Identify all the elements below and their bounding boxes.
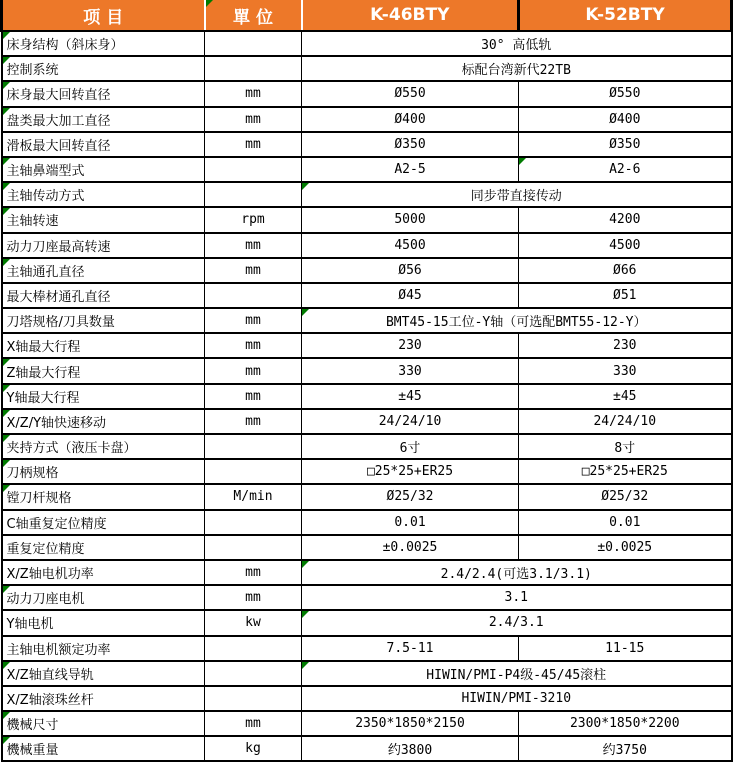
table-row: X/Z轴直线导轨HIWIN/PMI-P4级-45/45滚柱: [2, 661, 732, 686]
table-row: 盘类最大加工直径mmØ400Ø400: [2, 107, 732, 132]
spec-unit-cell[interactable]: mm: [205, 409, 302, 434]
table-row: X轴最大行程mm230230: [2, 333, 732, 358]
spec-unit-cell[interactable]: mm: [205, 233, 302, 258]
header-cell-model-k52bty[interactable]: K-52BTY: [519, 0, 732, 31]
spec-label-cell-text: Y轴最大行程: [7, 391, 80, 406]
spec-unit-cell[interactable]: [205, 459, 302, 484]
spec-unit-cell-text: mm: [245, 414, 261, 429]
spec-value-k46bty-cell[interactable]: ±45: [302, 384, 519, 409]
spec-label-cell[interactable]: 機械重量: [2, 736, 205, 761]
spec-label-cell-text: 盘类最大加工直径: [7, 114, 111, 129]
header-cell-model-k46bty[interactable]: K-46BTY: [302, 0, 519, 31]
spec-value-k52bty-cell-text: 230: [613, 338, 636, 353]
spec-unit-cell[interactable]: mm: [205, 81, 302, 106]
comment-flag-icon: [302, 662, 309, 669]
comment-flag-icon: [3, 737, 10, 744]
spec-unit-cell-text: kg: [245, 741, 261, 756]
spec-unit-cell[interactable]: [205, 686, 302, 711]
spec-value-k52bty-cell[interactable]: Ø51: [519, 283, 732, 308]
spec-merged-value-cell[interactable]: 标配台湾新代22TB: [302, 56, 732, 81]
spec-unit-cell-text: M/min: [233, 489, 272, 504]
spec-unit-cell[interactable]: [205, 31, 302, 56]
spec-label-cell-text: 刀柄规格: [7, 466, 59, 481]
spec-label-cell-text: 滑板最大回转直径: [7, 139, 111, 154]
spec-unit-cell-text: mm: [245, 338, 261, 353]
spec-value-k52bty-cell[interactable]: □25*25+ER25: [519, 459, 732, 484]
spec-label-cell-text: Y轴电机: [7, 617, 54, 632]
spec-label-cell[interactable]: X轴最大行程: [2, 333, 205, 358]
spec-value-k52bty-cell-text: 2300*1850*2200: [570, 716, 680, 731]
spec-value-k52bty-cell[interactable]: 约3750: [519, 736, 732, 761]
spec-value-k46bty-cell-text: 2350*1850*2150: [355, 716, 465, 731]
spec-merged-value-cell[interactable]: 2.4/2.4(可选3.1/3.1): [302, 560, 732, 585]
table-row: X/Z轴滚珠丝杆HIWIN/PMI-3210: [2, 686, 732, 711]
spec-label-cell[interactable]: 主轴转速: [2, 207, 205, 232]
table-row: 重复定位精度±0.0025±0.0025: [2, 535, 732, 560]
comment-flag-icon: [519, 158, 526, 165]
spec-unit-cell[interactable]: [205, 661, 302, 686]
table-row: 滑板最大回转直径mmØ350Ø350: [2, 132, 732, 157]
spec-value-k52bty-cell-text: 4200: [609, 212, 640, 227]
spec-unit-cell-text: mm: [245, 137, 261, 152]
spec-value-k46bty-cell-text: Ø400: [394, 112, 425, 127]
spec-value-k46bty-cell-text: ±45: [398, 389, 421, 404]
comment-flag-icon: [302, 611, 309, 618]
spec-value-k46bty-cell-text: 230: [398, 338, 421, 353]
spec-unit-cell[interactable]: [205, 157, 302, 182]
spec-unit-cell[interactable]: mm: [205, 384, 302, 409]
spec-value-k52bty-cell[interactable]: 8寸: [519, 434, 732, 459]
spec-label-cell[interactable]: X/Z/Y轴快速移动: [2, 409, 205, 434]
spec-label-cell-text: 主轴传动方式: [7, 189, 85, 204]
spec-unit-cell-text: mm: [245, 590, 261, 605]
spec-value-k52bty-cell-text: 24/24/10: [593, 414, 656, 429]
spec-unit-cell-text: mm: [245, 112, 261, 127]
spec-unit-cell[interactable]: [205, 510, 302, 535]
spec-label-cell-text: 床身最大回转直径: [7, 88, 111, 103]
spec-unit-cell[interactable]: mm: [205, 358, 302, 383]
spec-merged-value-cell[interactable]: HIWIN/PMI-3210: [302, 686, 732, 711]
spec-value-k46bty-cell-text: 0.01: [394, 515, 425, 530]
table-row: 床身结构（斜床身）30° 高低轨: [2, 31, 732, 56]
spec-value-k46bty-cell[interactable]: A2-5: [302, 157, 519, 182]
spec-merged-value-cell[interactable]: HIWIN/PMI-P4级-45/45滚柱: [302, 661, 732, 686]
spec-value-k52bty-cell[interactable]: 0.01: [519, 510, 732, 535]
table-row: Y轴电机kw2.4/3.1: [2, 610, 732, 635]
spec-unit-cell[interactable]: mm: [205, 333, 302, 358]
spec-value-k52bty-cell[interactable]: 11-15: [519, 636, 732, 661]
spec-value-k52bty-cell[interactable]: Ø66: [519, 258, 732, 283]
spec-value-k52bty-cell[interactable]: 330: [519, 358, 732, 383]
spec-label-cell-text: 动力刀座电机: [7, 592, 85, 607]
spec-unit-cell[interactable]: [205, 56, 302, 81]
spec-value-k52bty-cell-text: Ø25/32: [601, 489, 648, 504]
spec-value-k46bty-cell-text: 4500: [394, 238, 425, 253]
comment-flag-icon: [3, 359, 10, 366]
spec-value-k46bty-cell[interactable]: Ø45: [302, 283, 519, 308]
spec-label-cell-text: X轴最大行程: [7, 340, 81, 355]
table-row: 镗刀杆规格M/minØ25/32Ø25/32: [2, 484, 732, 509]
table-row: 床身最大回转直径mmØ550Ø550: [2, 81, 732, 106]
header-unit-label: 單位: [233, 8, 279, 28]
comment-flag-icon: [3, 662, 10, 669]
spec-label-cell[interactable]: 最大棒材通孔直径: [2, 283, 205, 308]
spec-unit-cell[interactable]: mm: [205, 107, 302, 132]
spec-unit-cell-text: kw: [245, 615, 261, 630]
table-row: 刀柄规格□25*25+ER25□25*25+ER25: [2, 459, 732, 484]
spec-value-k52bty-cell[interactable]: Ø400: [519, 107, 732, 132]
spec-label-cell-text: X/Z轴滚珠丝杆: [7, 693, 94, 708]
spec-label-cell-text: 动力刀座最高转速: [7, 240, 111, 255]
spec-unit-cell[interactable]: [205, 283, 302, 308]
table-row: X/Z轴电机功率mm2.4/2.4(可选3.1/3.1): [2, 560, 732, 585]
header-cell-item[interactable]: 项目: [2, 0, 205, 31]
spec-value-k52bty-cell-text: Ø550: [609, 86, 640, 101]
table-row: 主轴鼻端型式A2-5A2-6: [2, 157, 732, 182]
spec-value-k46bty-cell[interactable]: 24/24/10: [302, 409, 519, 434]
spec-value-k52bty-cell[interactable]: 230: [519, 333, 732, 358]
spec-value-k46bty-cell-text: 24/24/10: [379, 414, 442, 429]
spec-value-k46bty-cell-text: Ø550: [394, 86, 425, 101]
spec-value-k52bty-cell-text: Ø400: [609, 112, 640, 127]
spec-value-k46bty-cell-text: 330: [398, 364, 421, 379]
spec-value-k46bty-cell-text: □25*25+ER25: [367, 464, 453, 479]
spec-unit-cell[interactable]: [205, 636, 302, 661]
spec-label-cell[interactable]: 夹持方式（液压卡盘）: [2, 434, 205, 459]
spec-label-cell[interactable]: Z轴最大行程: [2, 358, 205, 383]
spec-value-k52bty-cell[interactable]: ±45: [519, 384, 732, 409]
spec-value-k52bty-cell-text: ±0.0025: [597, 540, 652, 555]
spec-label-cell-text: 控制系统: [7, 63, 59, 78]
spec-unit-cell[interactable]: mm: [205, 132, 302, 157]
spec-label-cell-text: 重复定位精度: [7, 542, 85, 557]
spec-merged-value-cell[interactable]: BMT45-15工位-Y轴（可选配BMT55-12-Y）: [302, 308, 732, 333]
comment-flag-icon: [3, 485, 10, 492]
spec-label-cell-text: 镗刀杆规格: [7, 491, 72, 506]
spec-value-k46bty-cell-text: 约3800: [388, 743, 432, 758]
spec-merged-value-cell[interactable]: 30° 高低轨: [302, 31, 732, 56]
spec-unit-cell-text: mm: [245, 389, 261, 404]
spec-unit-cell-text: mm: [245, 263, 261, 278]
spec-value-k52bty-cell-text: 8寸: [614, 441, 635, 456]
spec-unit-cell[interactable]: mm: [205, 585, 302, 610]
header-cell-unit[interactable]: 單位: [205, 0, 302, 31]
table-row: 动力刀座最高转速mm45004500: [2, 233, 732, 258]
spec-label-cell[interactable]: 主轴传动方式: [2, 182, 205, 207]
spec-merged-value-cell[interactable]: 2.4/3.1: [302, 610, 732, 635]
comment-flag-icon: [3, 385, 10, 392]
spec-value-k46bty-cell-text: Ø45: [398, 288, 421, 303]
spec-label-cell-text: 最大棒材通孔直径: [7, 290, 111, 305]
comment-flag-icon: [206, 0, 213, 7]
spec-value-k46bty-cell[interactable]: Ø56: [302, 258, 519, 283]
spec-merged-value-cell-text: 3.1: [505, 590, 528, 605]
table-row: 夹持方式（液压卡盘）6寸8寸: [2, 434, 732, 459]
table-row: 機械尺寸mm2350*1850*21502300*1850*2200: [2, 711, 732, 736]
spec-label-cell[interactable]: Y轴最大行程: [2, 384, 205, 409]
table-row: 最大棒材通孔直径Ø45Ø51: [2, 283, 732, 308]
spec-label-cell-text: 機械尺寸: [7, 718, 59, 733]
comment-flag-icon: [3, 32, 10, 39]
spec-unit-cell[interactable]: [205, 434, 302, 459]
spec-value-k46bty-cell[interactable]: 约3800: [302, 736, 519, 761]
spec-label-cell[interactable]: Y轴电机: [2, 610, 205, 635]
comment-flag-icon: [302, 309, 309, 316]
spec-unit-cell-text: rpm: [241, 212, 264, 227]
spec-value-k46bty-cell-text: 6寸: [400, 441, 421, 456]
table-row: X/Z/Y轴快速移动mm24/24/1024/24/10: [2, 409, 732, 434]
spec-value-k52bty-cell-text: Ø350: [609, 137, 640, 152]
spec-value-k52bty-cell[interactable]: A2-6: [519, 157, 732, 182]
spec-value-k46bty-cell-text: Ø56: [398, 263, 421, 278]
comment-flag-icon: [3, 586, 10, 593]
comment-flag-icon: [302, 561, 309, 568]
spec-merged-value-cell-text: 2.4/3.1: [489, 615, 544, 630]
spec-unit-cell[interactable]: kw: [205, 610, 302, 635]
comment-flag-icon: [3, 259, 10, 266]
table-row: 主轴转速rpm50004200: [2, 207, 732, 232]
spec-label-cell-text: 刀塔规格/刀具数量: [7, 315, 115, 330]
spec-value-k52bty-cell[interactable]: 2300*1850*2200: [519, 711, 732, 736]
comment-flag-icon: [3, 712, 10, 719]
spec-table: 项目 單位 K-46BTY K-52BTY 床身结构（斜床身）30° 高低轨控制…: [0, 0, 733, 762]
spec-value-k52bty-cell-text: 330: [613, 364, 636, 379]
spec-value-k52bty-cell[interactable]: Ø350: [519, 132, 732, 157]
table-row: 刀塔规格/刀具数量mmBMT45-15工位-Y轴（可选配BMT55-12-Y）: [2, 308, 732, 333]
spec-label-cell-text: 夹持方式（液压卡盘）: [7, 441, 137, 456]
spec-unit-cell-text: mm: [245, 86, 261, 101]
spec-value-k46bty-cell[interactable]: 7.5-11: [302, 636, 519, 661]
spec-value-k52bty-cell-text: A2-6: [609, 162, 640, 177]
spec-label-cell[interactable]: 刀柄规格: [2, 459, 205, 484]
spec-value-k52bty-cell-text: 11-15: [605, 641, 644, 656]
spec-label-cell-text: 主轴转速: [7, 214, 59, 229]
spec-label-cell-text: X/Z轴电机功率: [7, 567, 94, 582]
spec-unit-cell-text: mm: [245, 716, 261, 731]
spec-unit-cell[interactable]: [205, 535, 302, 560]
spec-value-k46bty-cell[interactable]: 230: [302, 333, 519, 358]
spec-unit-cell[interactable]: mm: [205, 560, 302, 585]
spec-label-cell-text: 機械重量: [7, 743, 59, 758]
spec-value-k46bty-cell[interactable]: Ø400: [302, 107, 519, 132]
table-row: 機械重量kg约3800约3750: [2, 736, 732, 761]
spec-value-k52bty-cell[interactable]: Ø25/32: [519, 484, 732, 509]
spec-label-cell[interactable]: 控制系统: [2, 56, 205, 81]
header-row: 项目 單位 K-46BTY K-52BTY: [2, 0, 732, 31]
comment-flag-icon: [3, 435, 10, 442]
comment-flag-icon: [3, 410, 10, 417]
table-row: 控制系统标配台湾新代22TB: [2, 56, 732, 81]
spec-value-k46bty-cell[interactable]: 330: [302, 358, 519, 383]
spec-rows: 床身结构（斜床身）30° 高低轨控制系统标配台湾新代22TB床身最大回转直径mm…: [2, 31, 732, 761]
spec-value-k52bty-cell[interactable]: 4200: [519, 207, 732, 232]
spec-unit-cell[interactable]: mm: [205, 711, 302, 736]
spec-merged-value-cell-text: BMT45-15工位-Y轴（可选配BMT55-12-Y）: [386, 315, 647, 330]
spec-unit-cell-text: mm: [245, 565, 261, 580]
comment-flag-icon: [3, 158, 10, 165]
spec-label-cell[interactable]: X/Z轴滚珠丝杆: [2, 686, 205, 711]
comment-flag-icon: [3, 208, 10, 215]
table-row: Z轴最大行程mm330330: [2, 358, 732, 383]
spec-value-k52bty-cell[interactable]: 4500: [519, 233, 732, 258]
spec-merged-value-cell-text: 同步带直接传动: [471, 189, 562, 204]
spec-unit-cell[interactable]: mm: [205, 258, 302, 283]
spec-merged-value-cell-text: 30° 高低轨: [481, 38, 551, 53]
spec-value-k46bty-cell-text: Ø350: [394, 137, 425, 152]
spec-unit-cell-text: mm: [245, 313, 261, 328]
comment-flag-icon: [3, 108, 10, 115]
spec-label-cell-text: 床身结构（斜床身）: [7, 38, 124, 53]
spec-label-cell-text: Z轴最大行程: [7, 366, 81, 381]
spec-value-k46bty-cell[interactable]: □25*25+ER25: [302, 459, 519, 484]
spec-value-k52bty-cell[interactable]: ±0.0025: [519, 535, 732, 560]
spec-label-cell-text: X/Z/Y轴快速移动: [7, 416, 107, 431]
spec-label-cell-text: C轴重复定位精度: [7, 517, 107, 532]
spec-value-k46bty-cell[interactable]: 0.01: [302, 510, 519, 535]
spec-unit-cell-text: mm: [245, 238, 261, 253]
table-row: 主轴电机额定功率7.5-1111-15: [2, 636, 732, 661]
spec-unit-cell[interactable]: mm: [205, 308, 302, 333]
spec-label-cell[interactable]: 动力刀座电机: [2, 585, 205, 610]
table-row: 动力刀座电机mm3.1: [2, 585, 732, 610]
spec-label-cell[interactable]: 主轴鼻端型式: [2, 157, 205, 182]
spec-label-cell-text: 主轴鼻端型式: [7, 164, 85, 179]
spec-label-cell[interactable]: 主轴通孔直径: [2, 258, 205, 283]
spec-merged-value-cell[interactable]: 同步带直接传动: [302, 182, 732, 207]
table-row: Y轴最大行程mm±45±45: [2, 384, 732, 409]
spec-value-k52bty-cell-text: Ø51: [613, 288, 636, 303]
spec-label-cell-text: 主轴通孔直径: [7, 265, 85, 280]
spec-value-k46bty-cell-text: A2-5: [394, 162, 425, 177]
comment-flag-icon: [3, 82, 10, 89]
spec-merged-value-cell-text: HIWIN/PMI-P4级-45/45滚柱: [426, 668, 606, 683]
spec-label-cell[interactable]: 機械尺寸: [2, 711, 205, 736]
spec-value-k52bty-cell-text: □25*25+ER25: [582, 464, 668, 479]
spec-label-cell[interactable]: 重复定位精度: [2, 535, 205, 560]
spec-unit-cell-text: mm: [245, 364, 261, 379]
spec-label-cell[interactable]: 床身结构（斜床身）: [2, 31, 205, 56]
spec-value-k46bty-cell[interactable]: 4500: [302, 233, 519, 258]
spec-value-k52bty-cell-text: Ø66: [613, 263, 636, 278]
spec-label-cell[interactable]: 镗刀杆规格: [2, 484, 205, 509]
spec-merged-value-cell-text: HIWIN/PMI-3210: [461, 691, 571, 706]
spec-merged-value-cell[interactable]: 3.1: [302, 585, 732, 610]
spec-label-cell[interactable]: 滑板最大回转直径: [2, 132, 205, 157]
spec-value-k52bty-cell[interactable]: Ø550: [519, 81, 732, 106]
spec-sheet: 项目 單位 K-46BTY K-52BTY 床身结构（斜床身）30° 高低轨控制…: [0, 0, 734, 765]
spec-value-k46bty-cell[interactable]: 6寸: [302, 434, 519, 459]
spec-unit-cell[interactable]: kg: [205, 736, 302, 761]
spec-value-k46bty-cell[interactable]: Ø25/32: [302, 484, 519, 509]
spec-value-k46bty-cell[interactable]: 5000: [302, 207, 519, 232]
spec-label-cell[interactable]: 刀塔规格/刀具数量: [2, 308, 205, 333]
spec-label-cell[interactable]: X/Z轴电机功率: [2, 560, 205, 585]
comment-flag-icon: [302, 183, 309, 190]
spec-unit-cell[interactable]: [205, 182, 302, 207]
spec-label-cell[interactable]: 盘类最大加工直径: [2, 107, 205, 132]
spec-label-cell[interactable]: X/Z轴直线导轨: [2, 661, 205, 686]
spec-label-cell[interactable]: 主轴电机额定功率: [2, 636, 205, 661]
spec-value-k46bty-cell[interactable]: Ø350: [302, 132, 519, 157]
spec-label-cell[interactable]: 动力刀座最高转速: [2, 233, 205, 258]
spec-unit-cell[interactable]: M/min: [205, 484, 302, 509]
spec-value-k52bty-cell-text: 约3750: [603, 743, 647, 758]
spec-value-k52bty-cell-text: 4500: [609, 238, 640, 253]
spec-merged-value-cell-text: 2.4/2.4(可选3.1/3.1): [441, 567, 592, 582]
spec-unit-cell[interactable]: rpm: [205, 207, 302, 232]
spec-value-k52bty-cell[interactable]: 24/24/10: [519, 409, 732, 434]
comment-flag-icon: [3, 460, 10, 467]
spec-value-k46bty-cell[interactable]: Ø550: [302, 81, 519, 106]
table-row: 主轴通孔直径mmØ56Ø66: [2, 258, 732, 283]
spec-value-k46bty-cell-text: 7.5-11: [387, 641, 434, 656]
spec-value-k52bty-cell-text: 0.01: [609, 515, 640, 530]
spec-merged-value-cell-text: 标配台湾新代22TB: [462, 63, 571, 78]
spec-value-k46bty-cell[interactable]: 2350*1850*2150: [302, 711, 519, 736]
spec-value-k46bty-cell-text: ±0.0025: [383, 540, 438, 555]
spec-label-cell[interactable]: 床身最大回转直径: [2, 81, 205, 106]
spec-value-k46bty-cell[interactable]: ±0.0025: [302, 535, 519, 560]
comment-flag-icon: [3, 57, 10, 64]
spec-label-cell-text: 主轴电机额定功率: [7, 643, 111, 658]
comment-flag-icon: [3, 183, 10, 190]
spec-value-k46bty-cell-text: 5000: [394, 212, 425, 227]
table-row: 主轴传动方式同步带直接传动: [2, 182, 732, 207]
table-row: C轴重复定位精度0.010.01: [2, 510, 732, 535]
spec-label-cell[interactable]: C轴重复定位精度: [2, 510, 205, 535]
spec-label-cell-text: X/Z轴直线导轨: [7, 668, 94, 683]
spec-value-k52bty-cell-text: ±45: [613, 389, 636, 404]
spec-value-k46bty-cell-text: Ø25/32: [387, 489, 434, 504]
